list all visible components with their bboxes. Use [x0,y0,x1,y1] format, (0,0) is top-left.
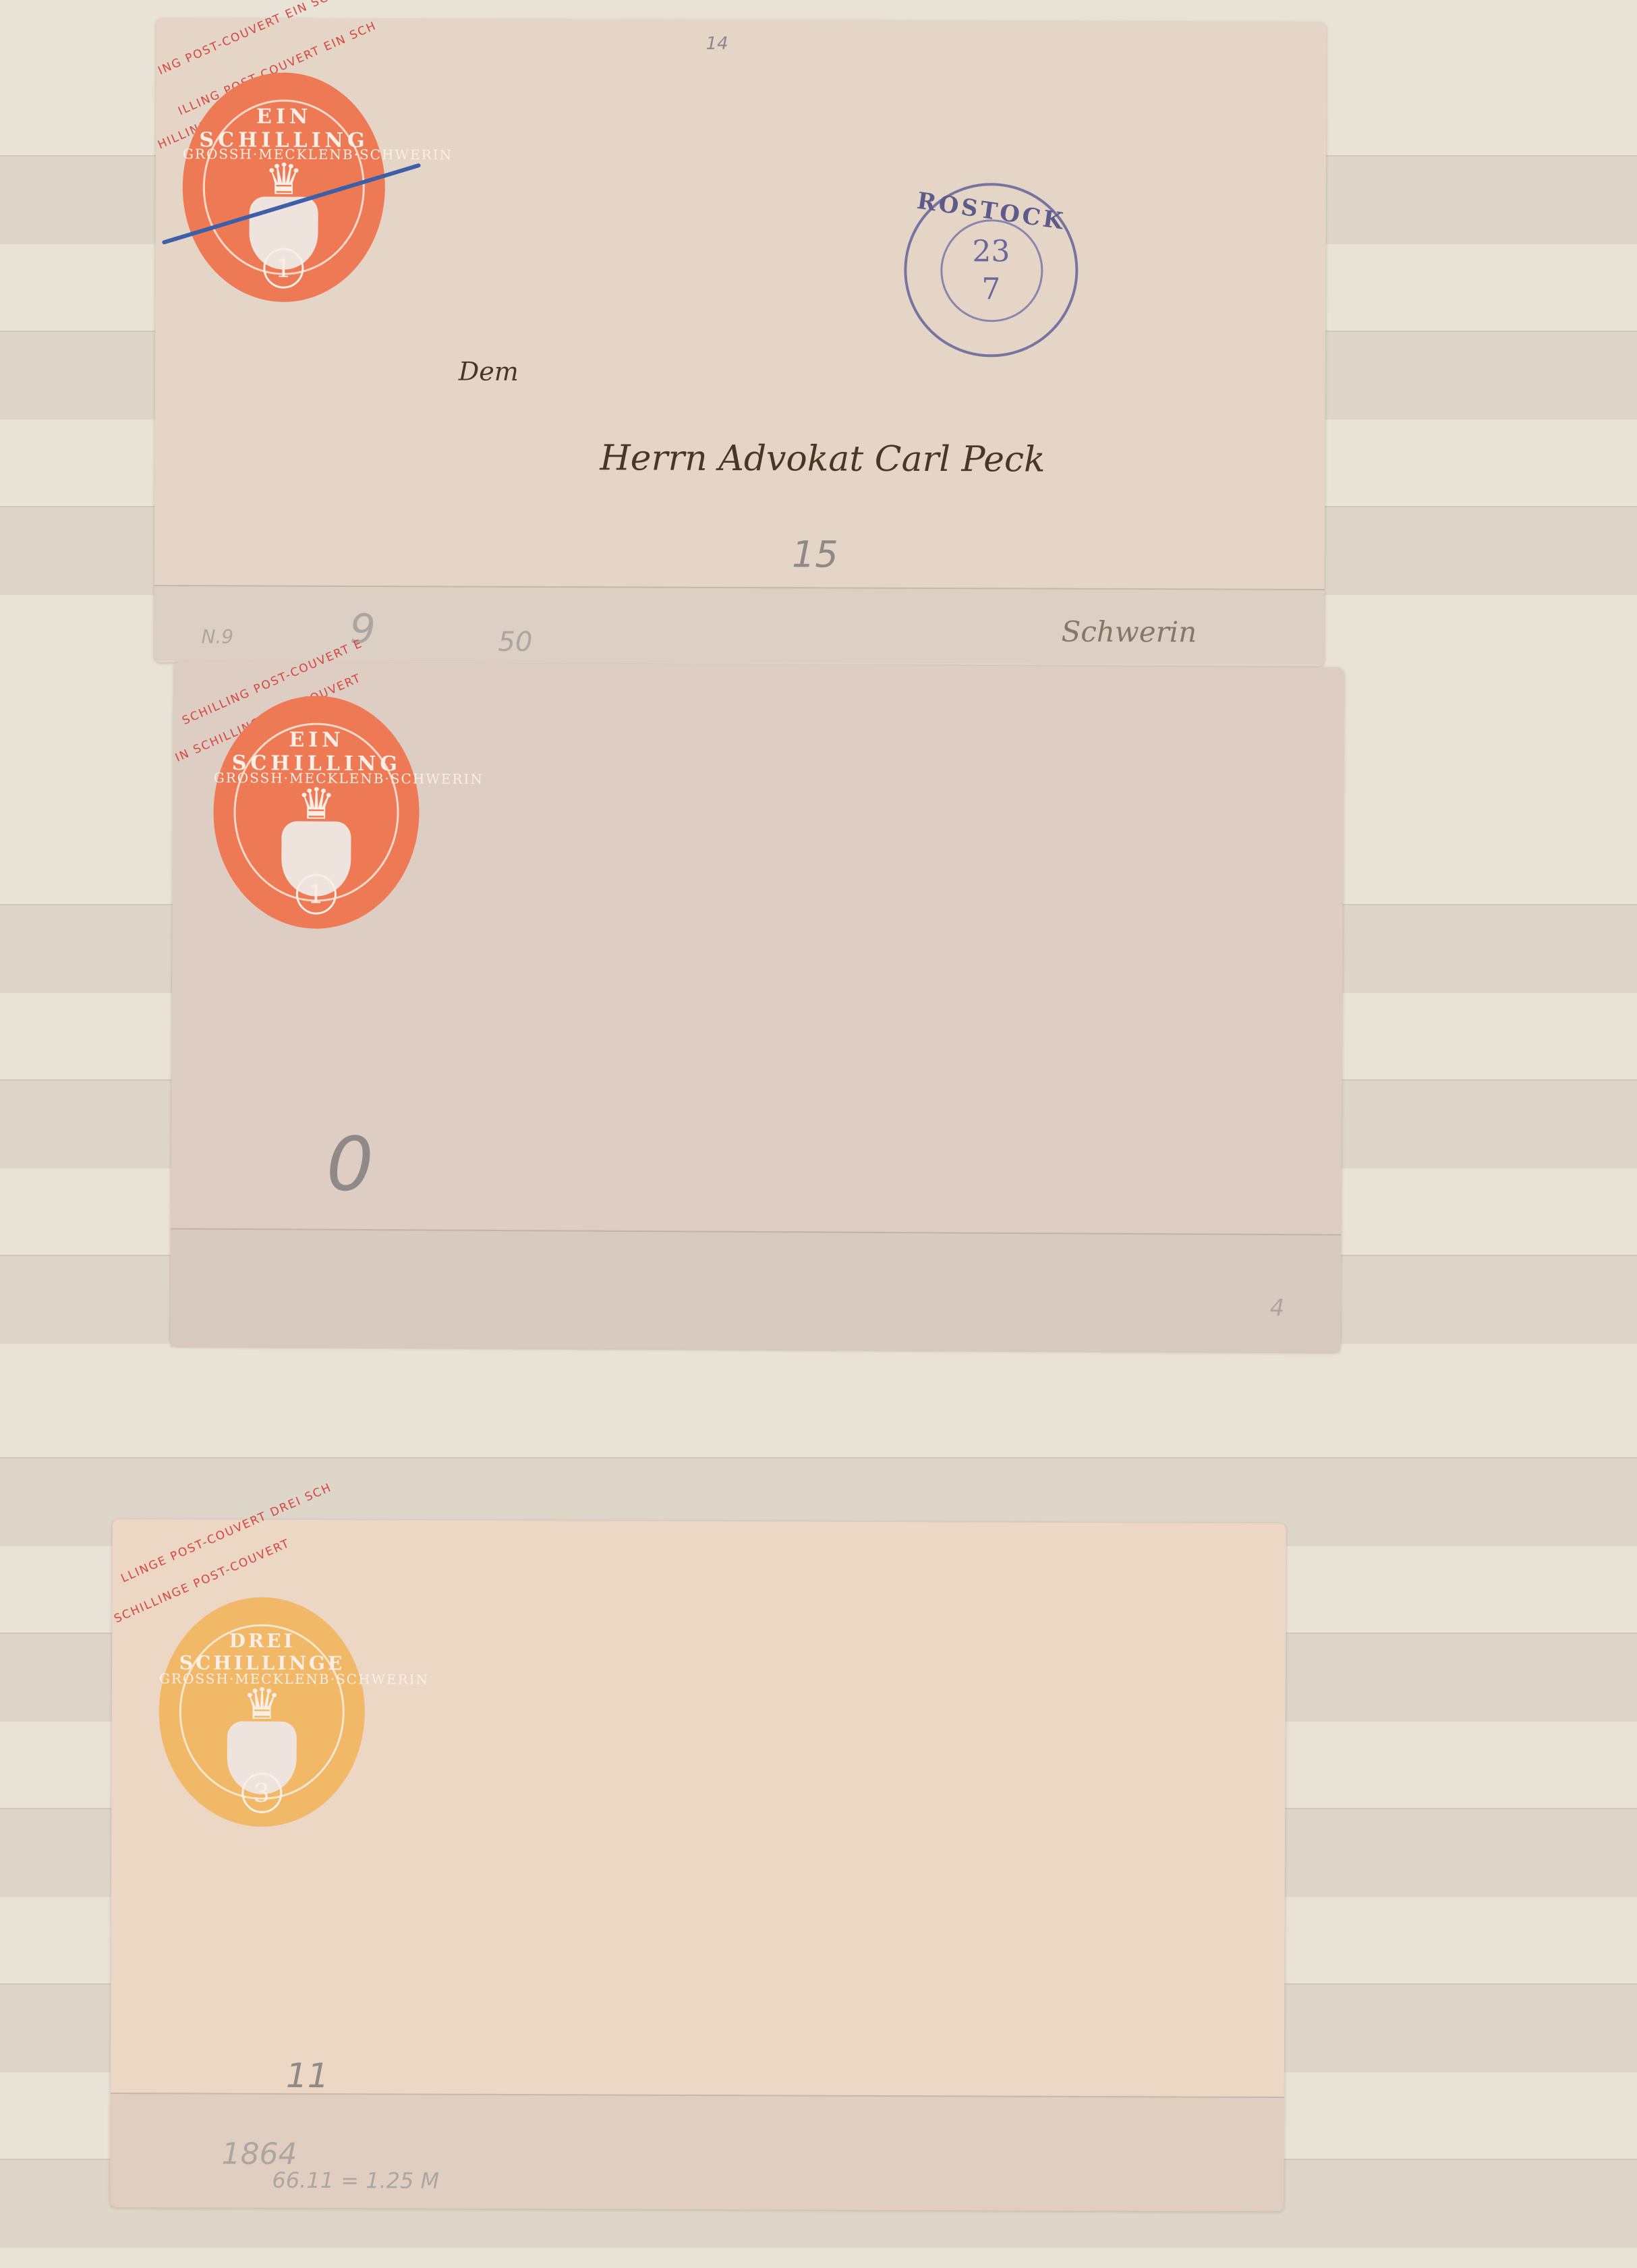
postmark-day: 23 [907,234,1075,269]
album-strip-overlay [170,1228,1341,1353]
address-salutation: Dem [459,357,519,387]
pencil-note: 0 [326,1121,374,1208]
stamp-numeral: 1 [295,874,336,915]
postmark-rostock: ROSTOCK 23 7 [904,183,1079,358]
album-strip-overlay [110,2093,1284,2213]
postmark-month: 7 [907,272,1075,307]
stamp-numeral: 3 [241,1772,282,1813]
overprint-line: ING POST-COUVERT EIN SCH [156,0,340,78]
stamp-ein-schilling: EIN SCHILLING GROSSH·MECKLENB·SCHWERIN ♛… [182,72,385,302]
envelope-3: LLINGE POST-COUVERT DREI SCH SCHILLINGE … [110,1519,1286,2211]
stamp-numeral: 1 [263,248,304,288]
stamp-value-text: EIN SCHILLING [214,728,420,776]
address-recipient: Herrn Advokat Carl Peck [600,438,1045,480]
stamp-ein-schilling: EIN SCHILLING GROSSH·MECKLENB·SCHWERIN ♛… [213,696,420,930]
envelope-2: SCHILLING POST-COUVERT E IN SCHILLING PO… [170,661,1344,1352]
envelope-1: ILLING POST-COUVERT EIN SCH ING POST-COU… [154,18,1326,667]
pencil-note: 15 [792,533,838,575]
pencil-note: 11 [286,2056,329,2095]
pencil-note: 14 [706,34,728,54]
stamp-value-text: DREI SCHILLINGE [159,1629,365,1674]
stamp-drei-schillinge: DREI SCHILLINGE GROSSH·MECKLENB·SCHWERIN… [159,1597,365,1827]
